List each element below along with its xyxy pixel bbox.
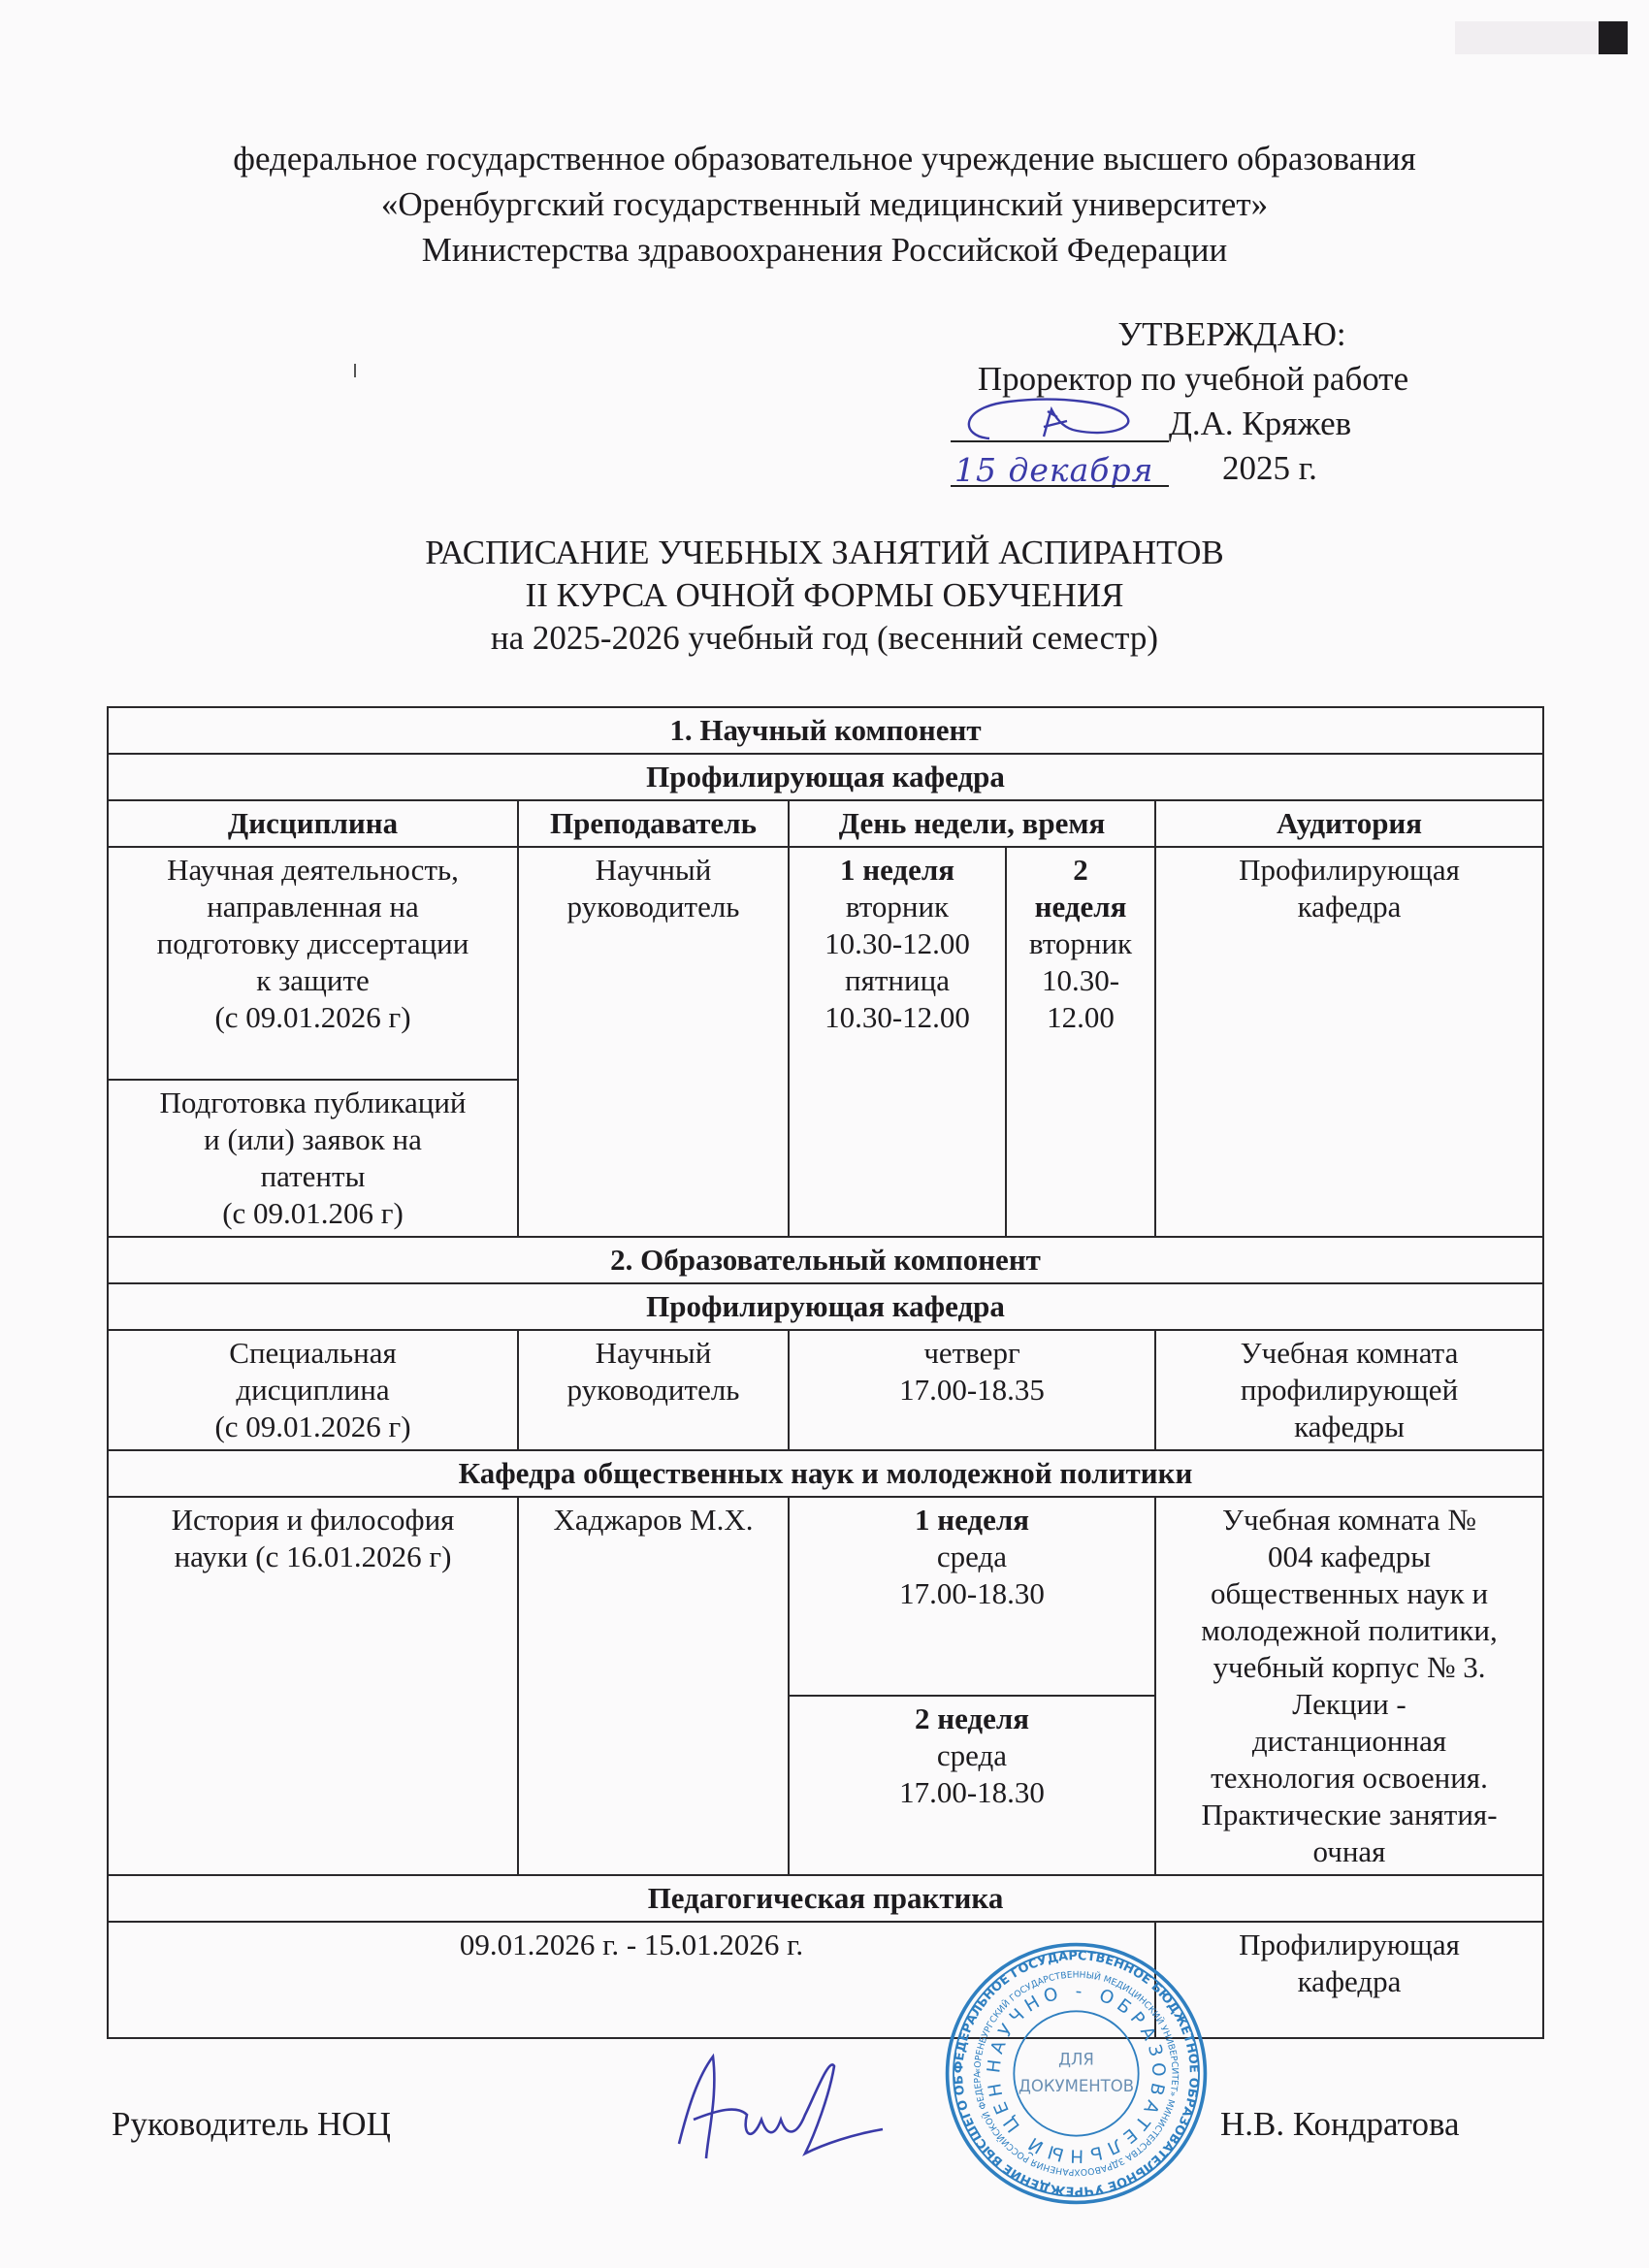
cell-line: четверг: [795, 1335, 1148, 1372]
discipline-cell: Научная деятельность, направленная на по…: [108, 847, 518, 1080]
cell-line: технология освоения.: [1162, 1760, 1536, 1797]
week-label: 1 неделя: [795, 852, 999, 889]
cell-line: Научный: [525, 1335, 782, 1372]
cell-line: направленная на: [114, 889, 511, 925]
cell-line: Практические занятия-: [1162, 1797, 1536, 1833]
cell-line: кафедра: [1162, 1963, 1536, 2000]
cell-line: 17.00-18.30: [795, 1774, 1148, 1811]
cell-line: пятница: [795, 962, 999, 999]
cell-line: вторник: [795, 889, 999, 925]
cell-line: 004 кафедры: [1162, 1539, 1536, 1575]
week-label: 1 неделя: [795, 1502, 1148, 1539]
signer-position: Руководитель НОЦ: [112, 2105, 391, 2144]
cell-line: Профилирующая: [1162, 852, 1536, 889]
department-title: Профилирующая кафедра: [108, 754, 1543, 800]
document-title: РАСПИСАНИЕ УЧЕБНЫХ ЗАНЯТИЙ АСПИРАНТОВ II…: [0, 532, 1649, 660]
header-line: Министерства здравоохранения Российской …: [0, 227, 1649, 273]
table-row: Научная деятельность, направленная на по…: [108, 847, 1543, 1080]
cell-line: 17.00-18.30: [795, 1575, 1148, 1612]
institution-header: федеральное государственное образователь…: [0, 136, 1649, 273]
cell-line: Научный: [525, 852, 782, 889]
cell-line: Лекции -: [1162, 1686, 1536, 1723]
cell-line: Профилирующая: [1162, 1927, 1536, 1963]
cell-line: 17.00-18.35: [795, 1372, 1148, 1409]
cell-line: молодежной политики,: [1162, 1612, 1536, 1649]
title-line: II КУРСА ОЧНОЙ ФОРМЫ ОБУЧЕНИЯ: [0, 574, 1649, 617]
discipline-cell: Подготовка публикаций и (или) заявок на …: [108, 1080, 518, 1237]
table-row: 09.01.2026 г. - 15.01.2026 г. Профилирую…: [108, 1922, 1543, 2038]
week2-time-cell: 2 неделя среда 17.00-18.30: [789, 1696, 1155, 1875]
title-line: РАСПИСАНИЕ УЧЕБНЫХ ЗАНЯТИЙ АСПИРАНТОВ: [0, 532, 1649, 574]
cell-line: Учебная комната №: [1162, 1502, 1536, 1539]
approval-year: 2025 г.: [1222, 446, 1317, 491]
teacher-cell: Хаджаров М.Х.: [518, 1497, 789, 1875]
signature-underline: [951, 440, 1169, 442]
official-stamp-icon: ФЕДЕРАЛЬНОЕ ГОСУДАРСТВЕННОЕ БЮДЖЕТНОЕ ОБ…: [943, 1940, 1210, 2207]
section-title: Педагогическая практика: [108, 1875, 1543, 1922]
week-label: 2 неделя: [795, 1701, 1148, 1737]
approval-label: УТВЕРЖДАЮ:: [931, 312, 1455, 357]
cell-line: науки (с 16.01.2026 г): [114, 1539, 511, 1575]
cell-line: кафедра: [1162, 889, 1536, 925]
cell-line: 10.30-12.00: [795, 925, 999, 962]
table-row: История и философия науки (с 16.01.2026 …: [108, 1497, 1543, 1696]
stamp-center-line2: ДОКУМЕНТОВ: [1018, 2077, 1134, 2095]
cell-line: учебный корпус № 3.: [1162, 1649, 1536, 1686]
scan-corner-mark: [1599, 21, 1628, 54]
cell-line: Научная деятельность,: [114, 852, 511, 889]
cell-line: Учебная комната: [1162, 1335, 1536, 1372]
approver-name: Д.А. Кряжев: [1169, 402, 1351, 446]
title-line: на 2025-2026 учебный год (весенний семес…: [0, 617, 1649, 660]
section-title: 1. Научный компонент: [108, 707, 1543, 754]
cell-line: общественных наук и: [1162, 1575, 1536, 1612]
column-header-row: Дисциплина Преподаватель День недели, вр…: [108, 800, 1543, 847]
cell-line: профилирующей: [1162, 1372, 1536, 1409]
cell-line: (с 09.01.2026 г): [114, 999, 511, 1036]
stamp-center-line1: ДЛЯ: [1058, 2050, 1094, 2068]
approval-block: УТВЕРЖДАЮ: Проректор по учебной работе Д…: [931, 312, 1455, 491]
column-header: Преподаватель: [518, 800, 789, 847]
cell-line: 10.30-12.00: [795, 999, 999, 1036]
discipline-cell: История и философия науки (с 16.01.2026 …: [108, 1497, 518, 1875]
teacher-cell: Научный руководитель: [518, 847, 789, 1237]
cell-line: среда: [795, 1737, 1148, 1774]
table-row: Специальная дисциплина (с 09.01.2026 г) …: [108, 1330, 1543, 1450]
cell-line: История и философия: [114, 1502, 511, 1539]
cell-line: 12.00: [1013, 999, 1148, 1036]
cell-line: очная: [1162, 1833, 1536, 1870]
department-title: Кафедра общественных наук и молодежной п…: [108, 1450, 1543, 1497]
scan-speck: [354, 364, 356, 377]
scan-edge-band: [1455, 21, 1599, 54]
cell-line: руководитель: [525, 1372, 782, 1409]
week-label: неделя: [1013, 889, 1148, 925]
room-cell: Учебная комната профилирующей кафедры: [1155, 1330, 1543, 1450]
column-header: День недели, время: [789, 800, 1155, 847]
cell-line: кафедры: [1162, 1409, 1536, 1445]
cell-line: 10.30-: [1013, 962, 1148, 999]
department-title: Профилирующая кафедра: [108, 1283, 1543, 1330]
header-line: «Оренбургский государственный медицински…: [0, 181, 1649, 227]
teacher-cell: Научный руководитель: [518, 1330, 789, 1450]
column-header: Аудитория: [1155, 800, 1543, 847]
cell-line: (с 09.01.206 г): [114, 1195, 511, 1232]
cell-line: среда: [795, 1539, 1148, 1575]
approver-signature-line: Д.А. Кряжев: [931, 402, 1455, 446]
week2-time-cell: 2 неделя вторник 10.30- 12.00: [1006, 847, 1155, 1237]
cell-line: Подготовка публикаций: [114, 1085, 511, 1121]
time-cell: четверг 17.00-18.35: [789, 1330, 1155, 1450]
cell-line: дистанционная: [1162, 1723, 1536, 1760]
cell-line: и (или) заявок на: [114, 1121, 511, 1158]
section-title: 2. Образовательный компонент: [108, 1237, 1543, 1283]
week-label: 2: [1013, 852, 1148, 889]
column-header: Дисциплина: [108, 800, 518, 847]
cell-line: подготовку диссертации: [114, 925, 511, 962]
signer-name: Н.В. Кондратова: [1220, 2105, 1460, 2144]
week1-time-cell: 1 неделя вторник 10.30-12.00 пятница 10.…: [789, 847, 1006, 1237]
room-cell: Профилирующая кафедра: [1155, 1922, 1543, 2038]
room-cell: Профилирующая кафедра: [1155, 847, 1543, 1237]
schedule-table: 1. Научный компонент Профилирующая кафед…: [107, 706, 1544, 2039]
room-cell: Учебная комната № 004 кафедры общественн…: [1155, 1497, 1543, 1875]
cell-line: к защите: [114, 962, 511, 999]
cell-line: дисциплина: [114, 1372, 511, 1409]
cell-line: патенты: [114, 1158, 511, 1195]
header-line: федеральное государственное образователь…: [0, 136, 1649, 181]
signature-icon: [660, 2037, 912, 2173]
discipline-cell: Специальная дисциплина (с 09.01.2026 г): [108, 1330, 518, 1450]
cell-line: вторник: [1013, 925, 1148, 962]
date-underline: [951, 485, 1169, 487]
cell-line: руководитель: [525, 889, 782, 925]
approval-date-line: 15 декабря 2025 г.: [931, 446, 1455, 491]
cell-line: Специальная: [114, 1335, 511, 1372]
cell-line: (с 09.01.2026 г): [114, 1409, 511, 1445]
week1-time-cell: 1 неделя среда 17.00-18.30: [789, 1497, 1155, 1696]
